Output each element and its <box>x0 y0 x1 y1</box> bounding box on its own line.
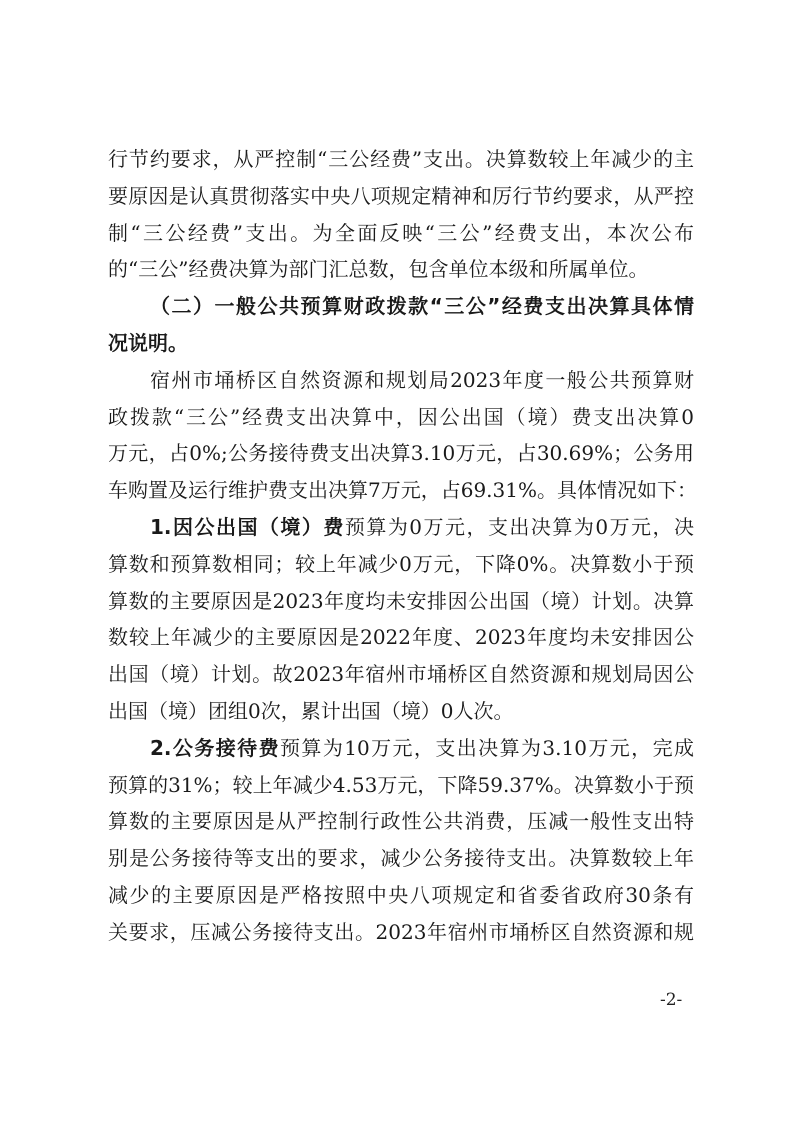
text-line: 的“三公”经费决算为部门汇总数，包含单位本级和所属单位。 <box>108 251 694 288</box>
text-line: 出国（境）团组0次，累计出国（境）0人次。 <box>108 693 694 730</box>
item-title: 1.因公出国（境）费 <box>150 515 345 539</box>
text-line: 出国（境）计划。故2023年宿州市埇桥区自然资源和规划局因公 <box>108 656 694 693</box>
text-line: 减少的主要原因是严格按照中央八项规定和省委省政府30条有 <box>108 877 694 914</box>
text-line: 政拨款“三公”经费支出决算中，因公出国（境）费支出决算0 <box>108 399 694 436</box>
text-line: 算数和预算数相同；较上年减少0万元，下降0%。决算数小于预 <box>108 546 694 583</box>
item-1-outbound-travel: 1.因公出国（境）费预算为0万元，支出决算为0万元，决 算数和预算数相同；较上年… <box>108 509 694 730</box>
text-line: 别是公务接待等支出的要求，减少公务接待支出。决算数较上年 <box>108 840 694 877</box>
item-text: 预算为0万元，支出决算为0万元，决 <box>345 515 694 539</box>
text-line: 万元，占0%;公务接待费支出决算3.10万元，占30.69%；公务用 <box>108 435 694 472</box>
text-line: 要原因是认真贯彻落实中央八项规定精神和厉行节约要求，从严控 <box>108 178 694 215</box>
text-line: 算数的主要原因是从严控制行政性公共消费，压减一般性支出特 <box>108 803 694 840</box>
heading-line: （二）一般公共预算财政拨款“三公”经费支出决算具体情 <box>108 288 694 325</box>
text-line: 关要求，压减公务接待支出。2023年宿州市埇桥区自然资源和规 <box>108 914 694 951</box>
heading-line: 况说明。 <box>108 325 694 362</box>
text-line: 制“三公经费”支出。为全面反映“三公”经费支出，本次公布 <box>108 215 694 252</box>
document-page: 行节约要求，从严控制“三公经费”支出。决算数较上年减少的主 要原因是认真贯彻落实… <box>108 141 694 951</box>
text-line: 宿州市埇桥区自然资源和规划局2023年度一般公共预算财 <box>108 362 694 399</box>
item-title: 2.公务接待费 <box>150 736 280 760</box>
text-line: 预算的31%；较上年减少4.53万元，下降59.37%。决算数小于预 <box>108 767 694 804</box>
item-text: 预算为10万元，支出决算为3.10万元，完成 <box>280 736 694 760</box>
item-first-line: 2.公务接待费预算为10万元，支出决算为3.10万元，完成 <box>108 730 694 767</box>
item-2-official-reception: 2.公务接待费预算为10万元，支出决算为3.10万元，完成 预算的31%；较上年… <box>108 730 694 951</box>
text-line: 算数的主要原因是2023年度均未安排因公出国（境）计划。决算 <box>108 583 694 620</box>
page-number: -2- <box>660 990 682 1010</box>
paragraph-1: 行节约要求，从严控制“三公经费”支出。决算数较上年减少的主 要原因是认真贯彻落实… <box>108 141 694 288</box>
text-line: 数较上年减少的主要原因是2022年度、2023年度均未安排因公 <box>108 619 694 656</box>
text-line: 车购置及运行维护费支出决算7万元，占69.31%。具体情况如下： <box>108 472 694 509</box>
item-first-line: 1.因公出国（境）费预算为0万元，支出决算为0万元，决 <box>108 509 694 546</box>
text-line: 行节约要求，从严控制“三公经费”支出。决算数较上年减少的主 <box>108 141 694 178</box>
section-heading: （二）一般公共预算财政拨款“三公”经费支出决算具体情 况说明。 <box>108 288 694 362</box>
paragraph-2: 宿州市埇桥区自然资源和规划局2023年度一般公共预算财 政拨款“三公”经费支出决… <box>108 362 694 509</box>
